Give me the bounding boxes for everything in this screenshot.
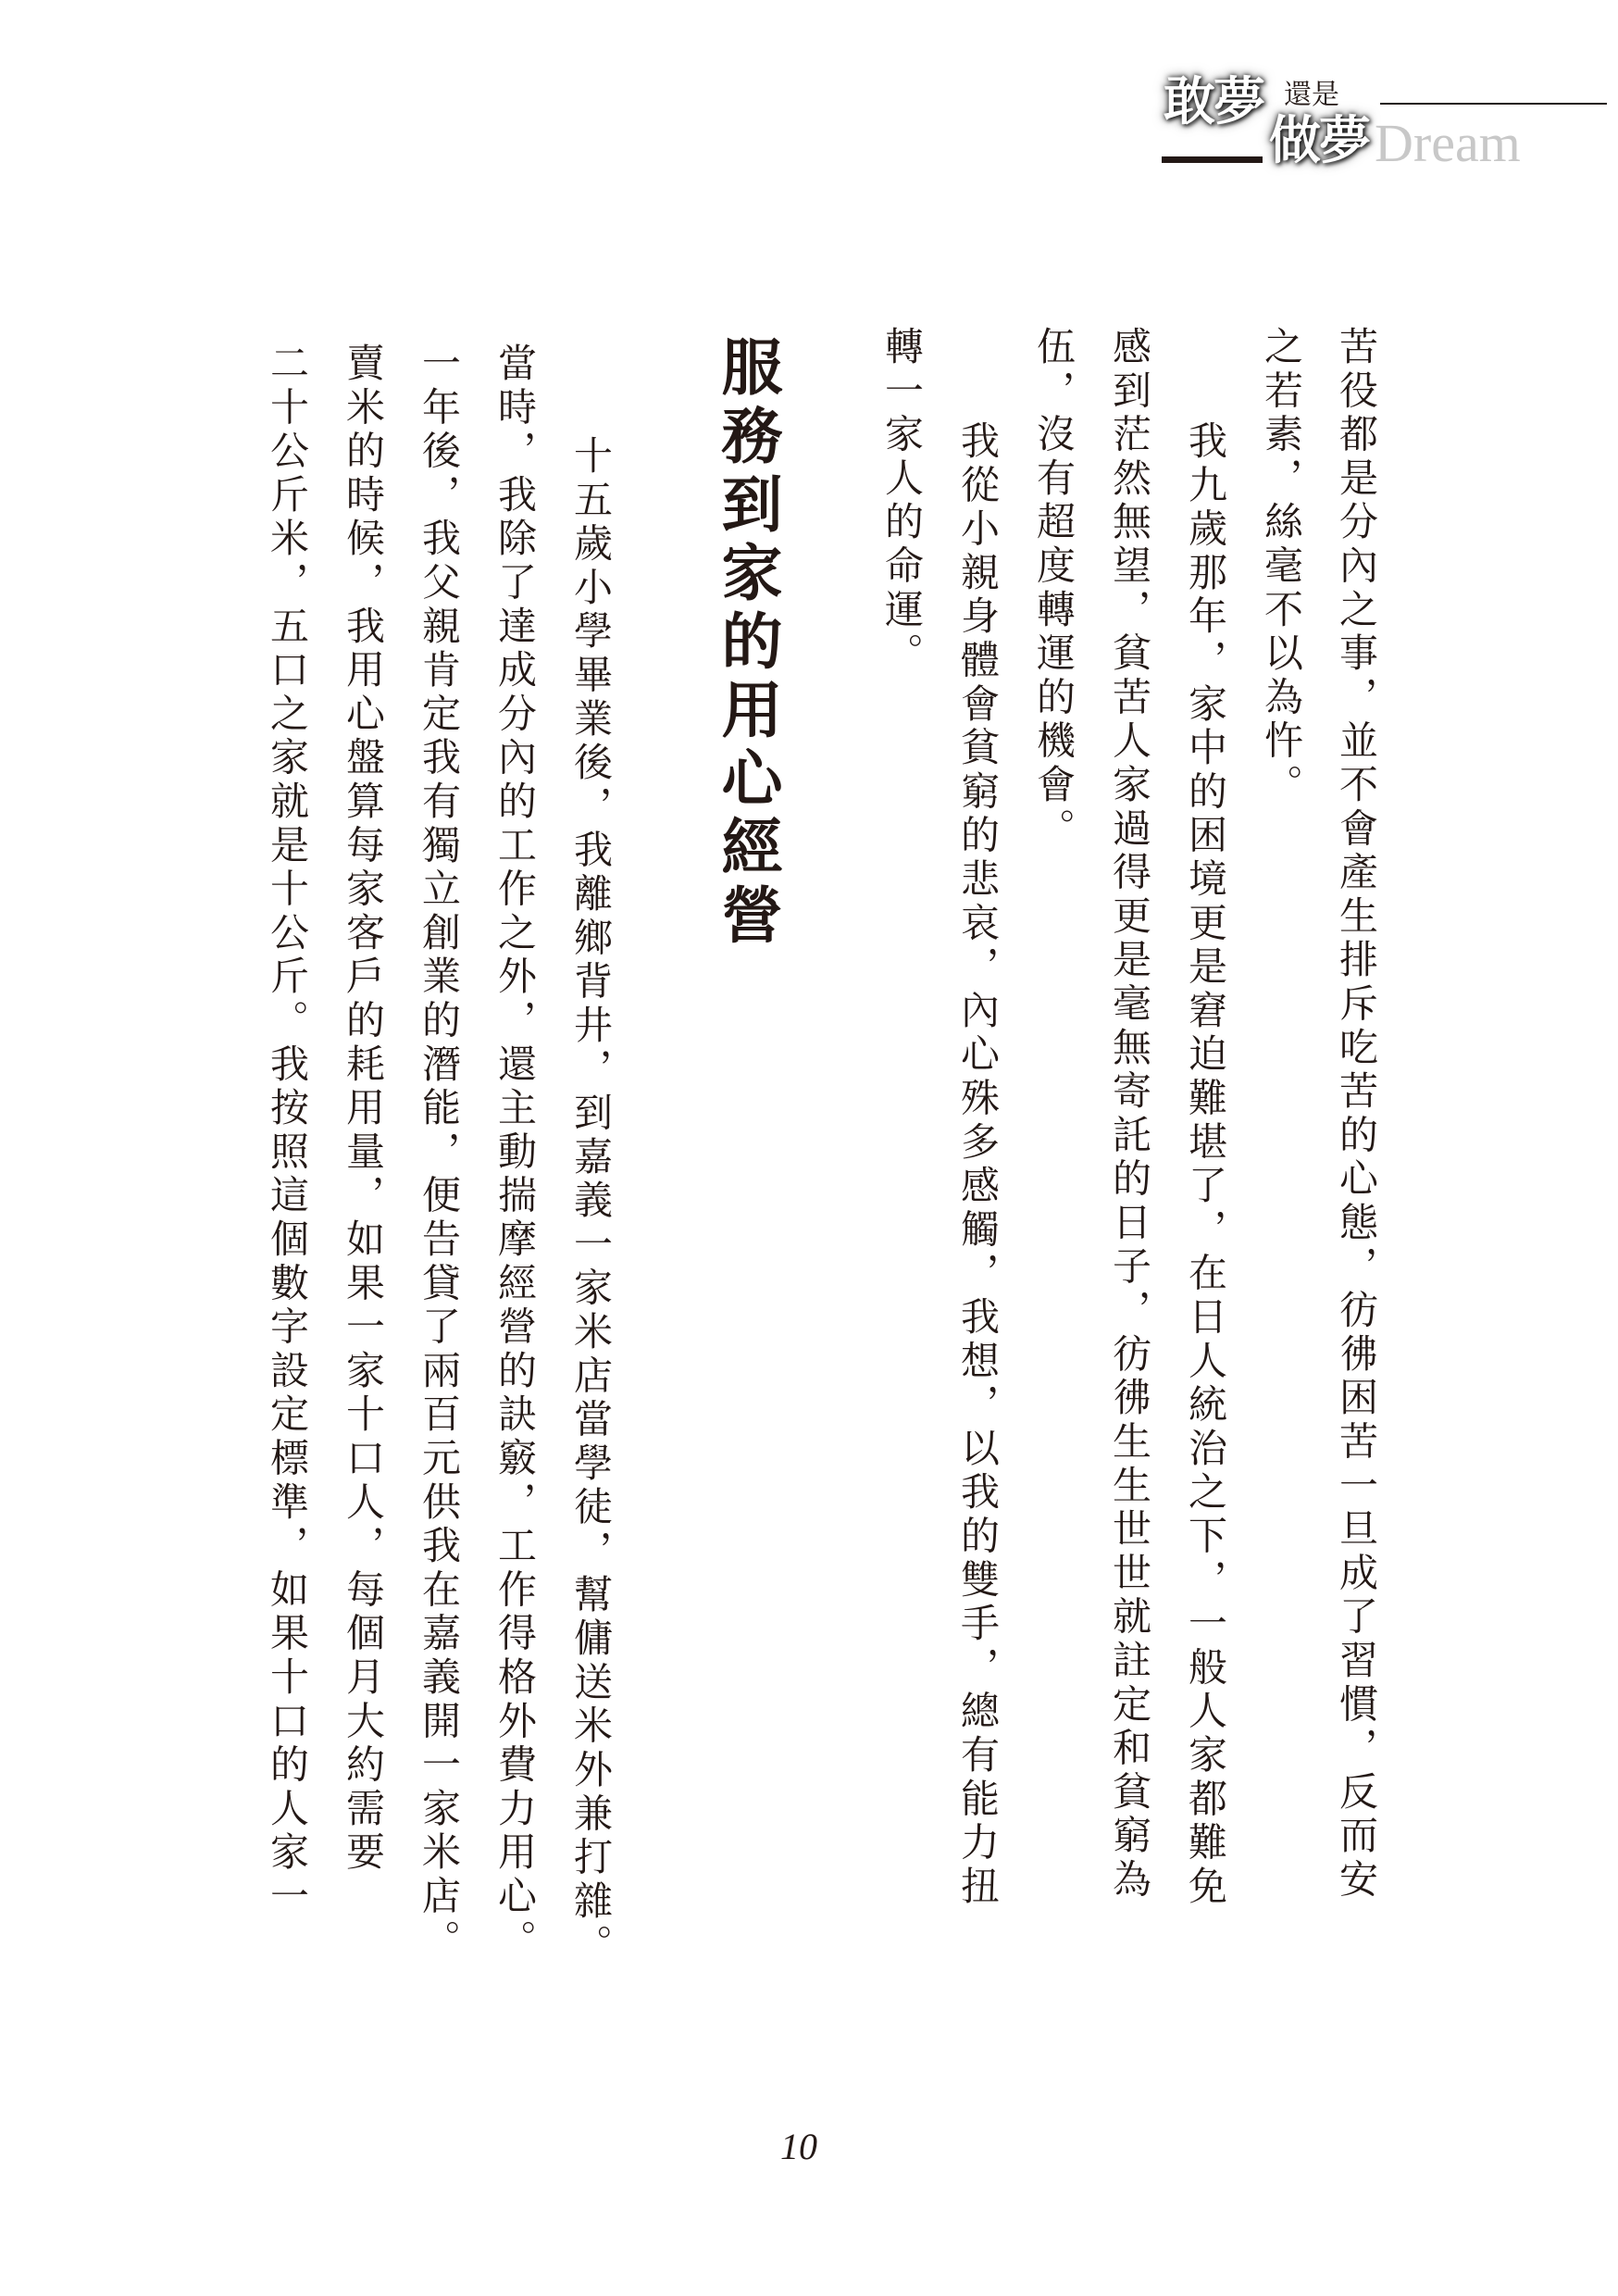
logo-dream-text: Dream (1375, 117, 1521, 170)
page-number: 10 (780, 2125, 817, 2168)
logo-dare-text: 敢夢 (1164, 76, 1263, 128)
text-column-11: 一年後，我父親肯定我有獨立創業的潛能，便告貸了兩百元供我在嘉義開一家米店。 (417, 343, 461, 1963)
section-heading: 服務到家的用心經營 (715, 335, 779, 952)
text-column-3-paragraph-start: 我九歲那年，家中的困境更是窘迫難堪了，在日人統治之下，一般人家都難免 (1183, 420, 1227, 1909)
text-column-4: 感到茫然無望，貧苦人家過得更是毫無寄託的日子，彷彿生生世世就註定和貧窮為 (1107, 326, 1151, 1903)
text-column-5: 伍，沒有超度轉運的機會。 (1031, 326, 1076, 852)
header-rule (1380, 103, 1607, 105)
text-column-10: 當時，我除了達成分內的工作之外，還主動揣摩經營的訣竅，工作得格外費力用心。 (492, 343, 537, 1963)
text-column-12: 賣米的時候，我用心盤算每家客戶的耗用量，如果一家十口人，每個月大約需要 (341, 343, 385, 1876)
text-column-7: 轉一家人的命運。 (879, 326, 924, 676)
text-column-2: 之若素，絲毫不以為忤。 (1259, 326, 1303, 807)
book-title-logo: 敢夢 還是 做夢 Dream (1162, 74, 1606, 176)
text-column-1: 苦役都是分內之事，並不會產生排斥吃苦的心態，彷彿困苦一旦成了習慣，反而安 (1334, 326, 1378, 1903)
logo-do-text: 做夢 (1269, 115, 1369, 167)
logo-underline-bar (1162, 156, 1263, 163)
text-column-6-paragraph-start: 我從小親身體會貧窮的悲哀，內心殊多感觸，我想，以我的雙手，總有能力扭 (955, 420, 1000, 1909)
text-column-9-paragraph-start: 十五歲小學畢業後，我離鄉背井，到嘉義一家米店當學徒，幫傭送米外兼打雜。 (568, 435, 613, 1968)
logo-or-text: 還是 (1284, 81, 1339, 109)
text-column-13: 二十公斤米，五口之家就是十公斤。我按照這個數字設定標準，如果十口的人家一 (265, 343, 309, 1919)
